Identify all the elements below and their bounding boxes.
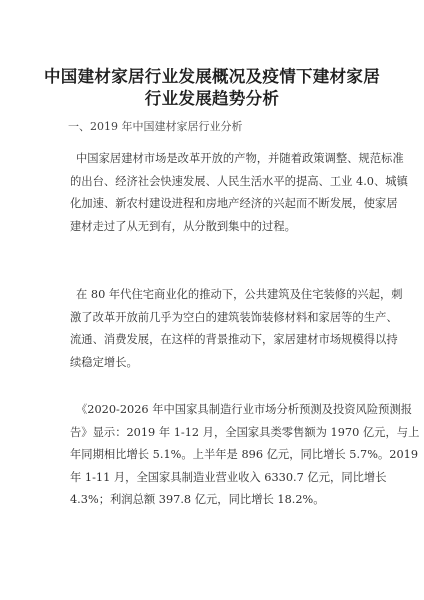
text-line: 4.3%；利润总额 397.8 亿元，同比增长 18.2%。	[64, 489, 359, 512]
title-line: 中国建材家居行业发展概况及疫情下建材家居	[0, 66, 424, 88]
paragraph-2: 在 80 年代住宅商业化的推动下，公共建筑及住宅装修的兴起，刺 激了改革开放前几…	[64, 284, 359, 374]
text-line: 中国家居建材市场是改革开放的产物，并随着政策调整、规范标准	[64, 148, 359, 171]
text-line: 建材走过了从无到有，从分散到集中的过程。	[64, 216, 359, 239]
text-line: 告》显示：2019 年 1-12 月，全国家具类零售额为 1970 亿元，与上	[64, 422, 359, 445]
title-line: 行业发展趋势分析	[0, 88, 424, 110]
text-line: 在 80 年代住宅商业化的推动下，公共建筑及住宅装修的兴起，刺	[64, 284, 359, 307]
text-line: 流通、消费发展，在这样的背景推动下，家居建材市场规模得以持	[64, 329, 359, 352]
section-heading: 一、2019 年中国建材家居行业分析	[68, 118, 243, 134]
paragraph-1: 中国家居建材市场是改革开放的产物，并随着政策调整、规范标准 的出台、经济社会快速…	[64, 148, 359, 238]
document-title: 中国建材家居行业发展概况及疫情下建材家居 行业发展趋势分析	[0, 66, 424, 110]
text-line: 的出台、经济社会快速发展、人民生活水平的提高、工业 4.0、城镇	[64, 171, 359, 194]
text-line: 年同期相比增长 5.1%。上半年是 896 亿元，同比增长 5.7%。2019	[64, 444, 359, 467]
text-line: 激了改革开放前几乎为空白的建筑装饰装修材料和家居等的生产、	[64, 307, 359, 330]
text-line: 续稳定增长。	[64, 352, 359, 375]
text-line: 化加速、新农村建设进程和房地产经济的兴起而不断发展，使家居	[64, 193, 359, 216]
paragraph-3: 《2020-2026 年中国家具制造行业市场分析预测及投资风险预测报 告》显示：…	[64, 399, 359, 512]
text-line: 《2020-2026 年中国家具制造行业市场分析预测及投资风险预测报	[64, 399, 359, 422]
text-line: 年 1-11 月，全国家具制造业营业收入 6330.7 亿元，同比增长	[64, 467, 359, 490]
